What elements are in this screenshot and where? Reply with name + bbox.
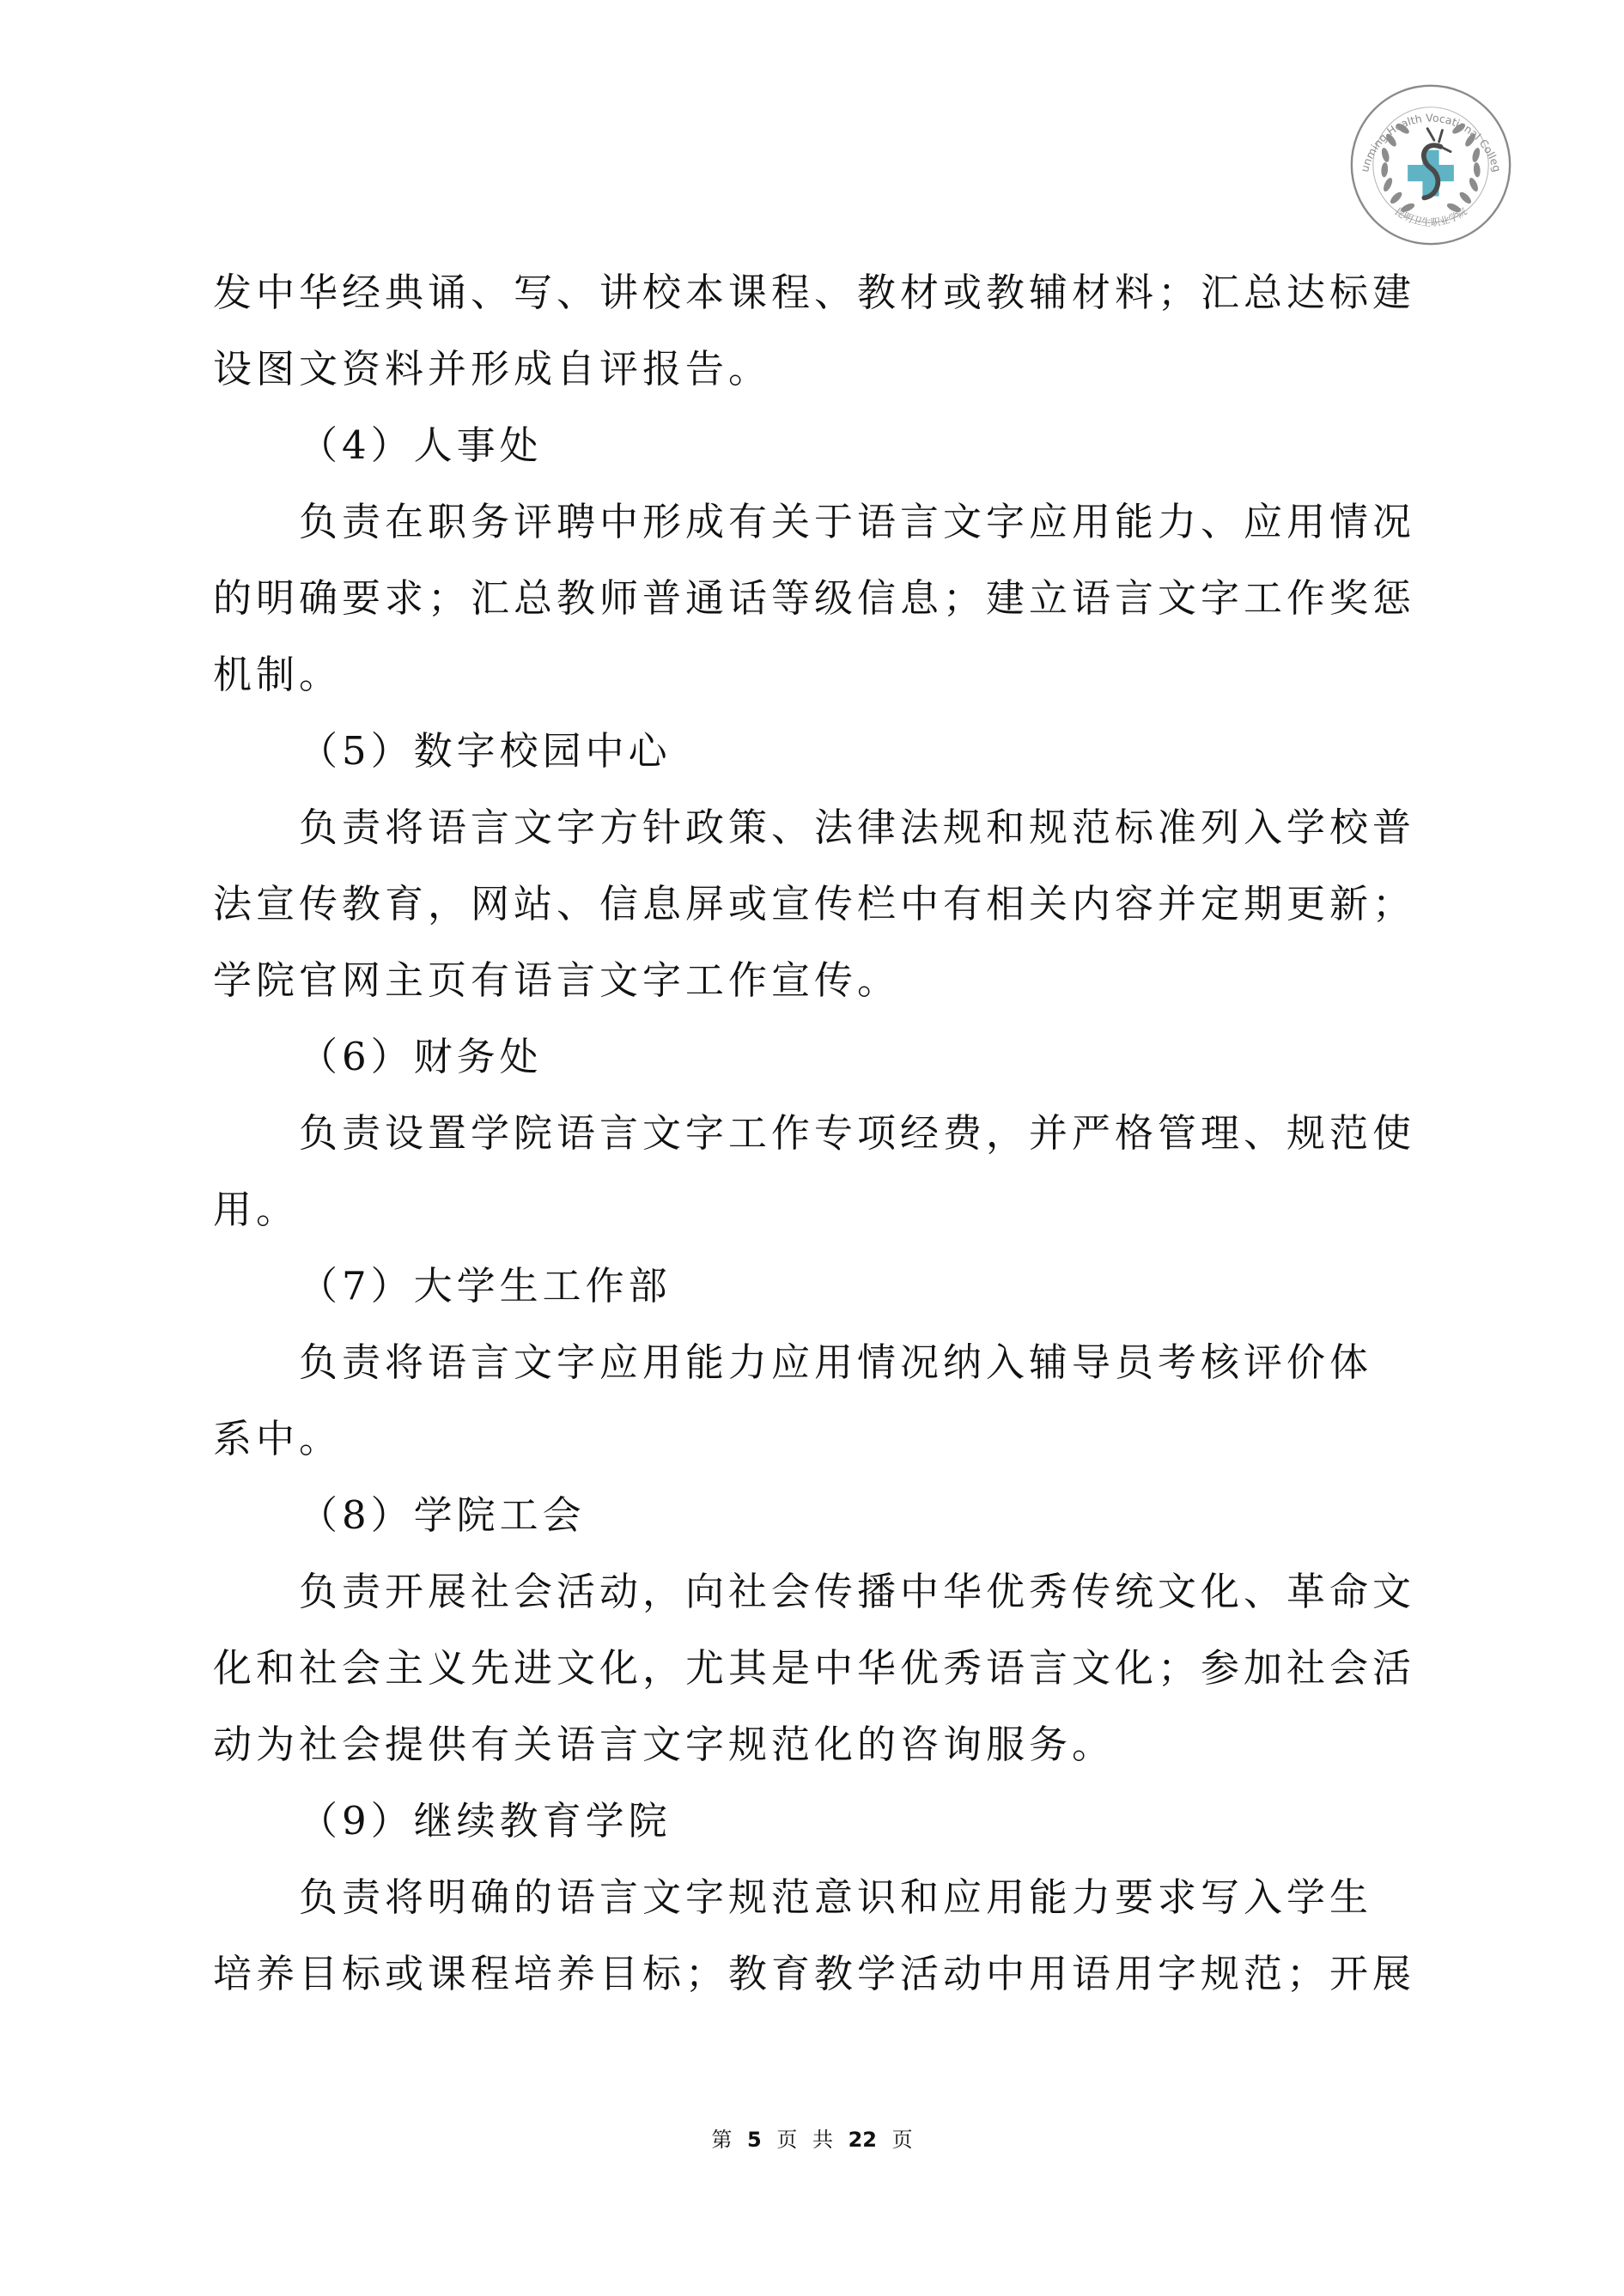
body-line: 的明确要求；汇总教师普通话等级信息；建立语言文字工作奖惩 (213, 560, 1432, 636)
current-page-number: 5 (747, 2128, 762, 2152)
body-line: 负责将语言文字应用能力应用情况纳入辅导员考核评价体 (213, 1324, 1432, 1400)
body-line: 法宣传教育，网站、信息屏或宣传栏中有相关内容并定期更新； (213, 866, 1432, 942)
body-line: 负责开展社会活动，向社会传播中华优秀传统文化、革命文 (213, 1553, 1432, 1630)
college-emblem-icon: Kunming Health Vocational College 昆明卫生职业… (1348, 82, 1513, 247)
body-line: 机制。 (213, 636, 1432, 713)
total-pages-number: 22 (848, 2128, 877, 2152)
document-page: Kunming Health Vocational College 昆明卫生职业… (0, 0, 1624, 2296)
section-heading: （8）学院工会 (213, 1477, 1432, 1553)
section-heading: （7）大学生工作部 (213, 1248, 1432, 1324)
body-line: 负责将语言文字方针政策、法律法规和规范标准列入学校普 (213, 789, 1432, 866)
body-line: 化和社会主义先进文化，尤其是中华优秀语言文化；参加社会活 (213, 1630, 1432, 1706)
body-line: 负责设置学院语言文字工作专项经费，并严格管理、规范使 (213, 1095, 1432, 1171)
section-heading: （6）财务处 (213, 1018, 1432, 1095)
body-line: 发中华经典诵、写、讲校本课程、教材或教辅材料；汇总达标建 (213, 254, 1432, 331)
section-heading: （9）继续教育学院 (213, 1783, 1432, 1859)
body-line: 培养目标或课程培养目标；教育教学活动中用语用字规范；开展 (213, 1935, 1432, 2012)
footer-suffix: 页 (892, 2128, 913, 2152)
section-heading: （4）人事处 (213, 407, 1432, 483)
body-line: 用。 (213, 1171, 1432, 1248)
body-line: 设图文资料并形成自评报告。 (213, 331, 1432, 407)
body-line: 系中。 (213, 1400, 1432, 1477)
body-line: 负责在职务评聘中形成有关于语言文字应用能力、应用情况 (213, 483, 1432, 560)
page-footer: 第 5 页 共 22 页 (0, 2123, 1624, 2153)
footer-middle: 页 共 (776, 2128, 833, 2152)
document-body: 发中华经典诵、写、讲校本课程、教材或教辅材料；汇总达标建 设图文资料并形成自评报… (213, 254, 1432, 2012)
section-heading: （5）数字校园中心 (213, 713, 1432, 789)
footer-prefix: 第 (711, 2128, 732, 2152)
body-line: 动为社会提供有关语言文字规范化的咨询服务。 (213, 1706, 1432, 1783)
body-line: 负责将明确的语言文字规范意识和应用能力要求写入学生 (213, 1859, 1432, 1935)
body-line: 学院官网主页有语言文字工作宣传。 (213, 942, 1432, 1018)
